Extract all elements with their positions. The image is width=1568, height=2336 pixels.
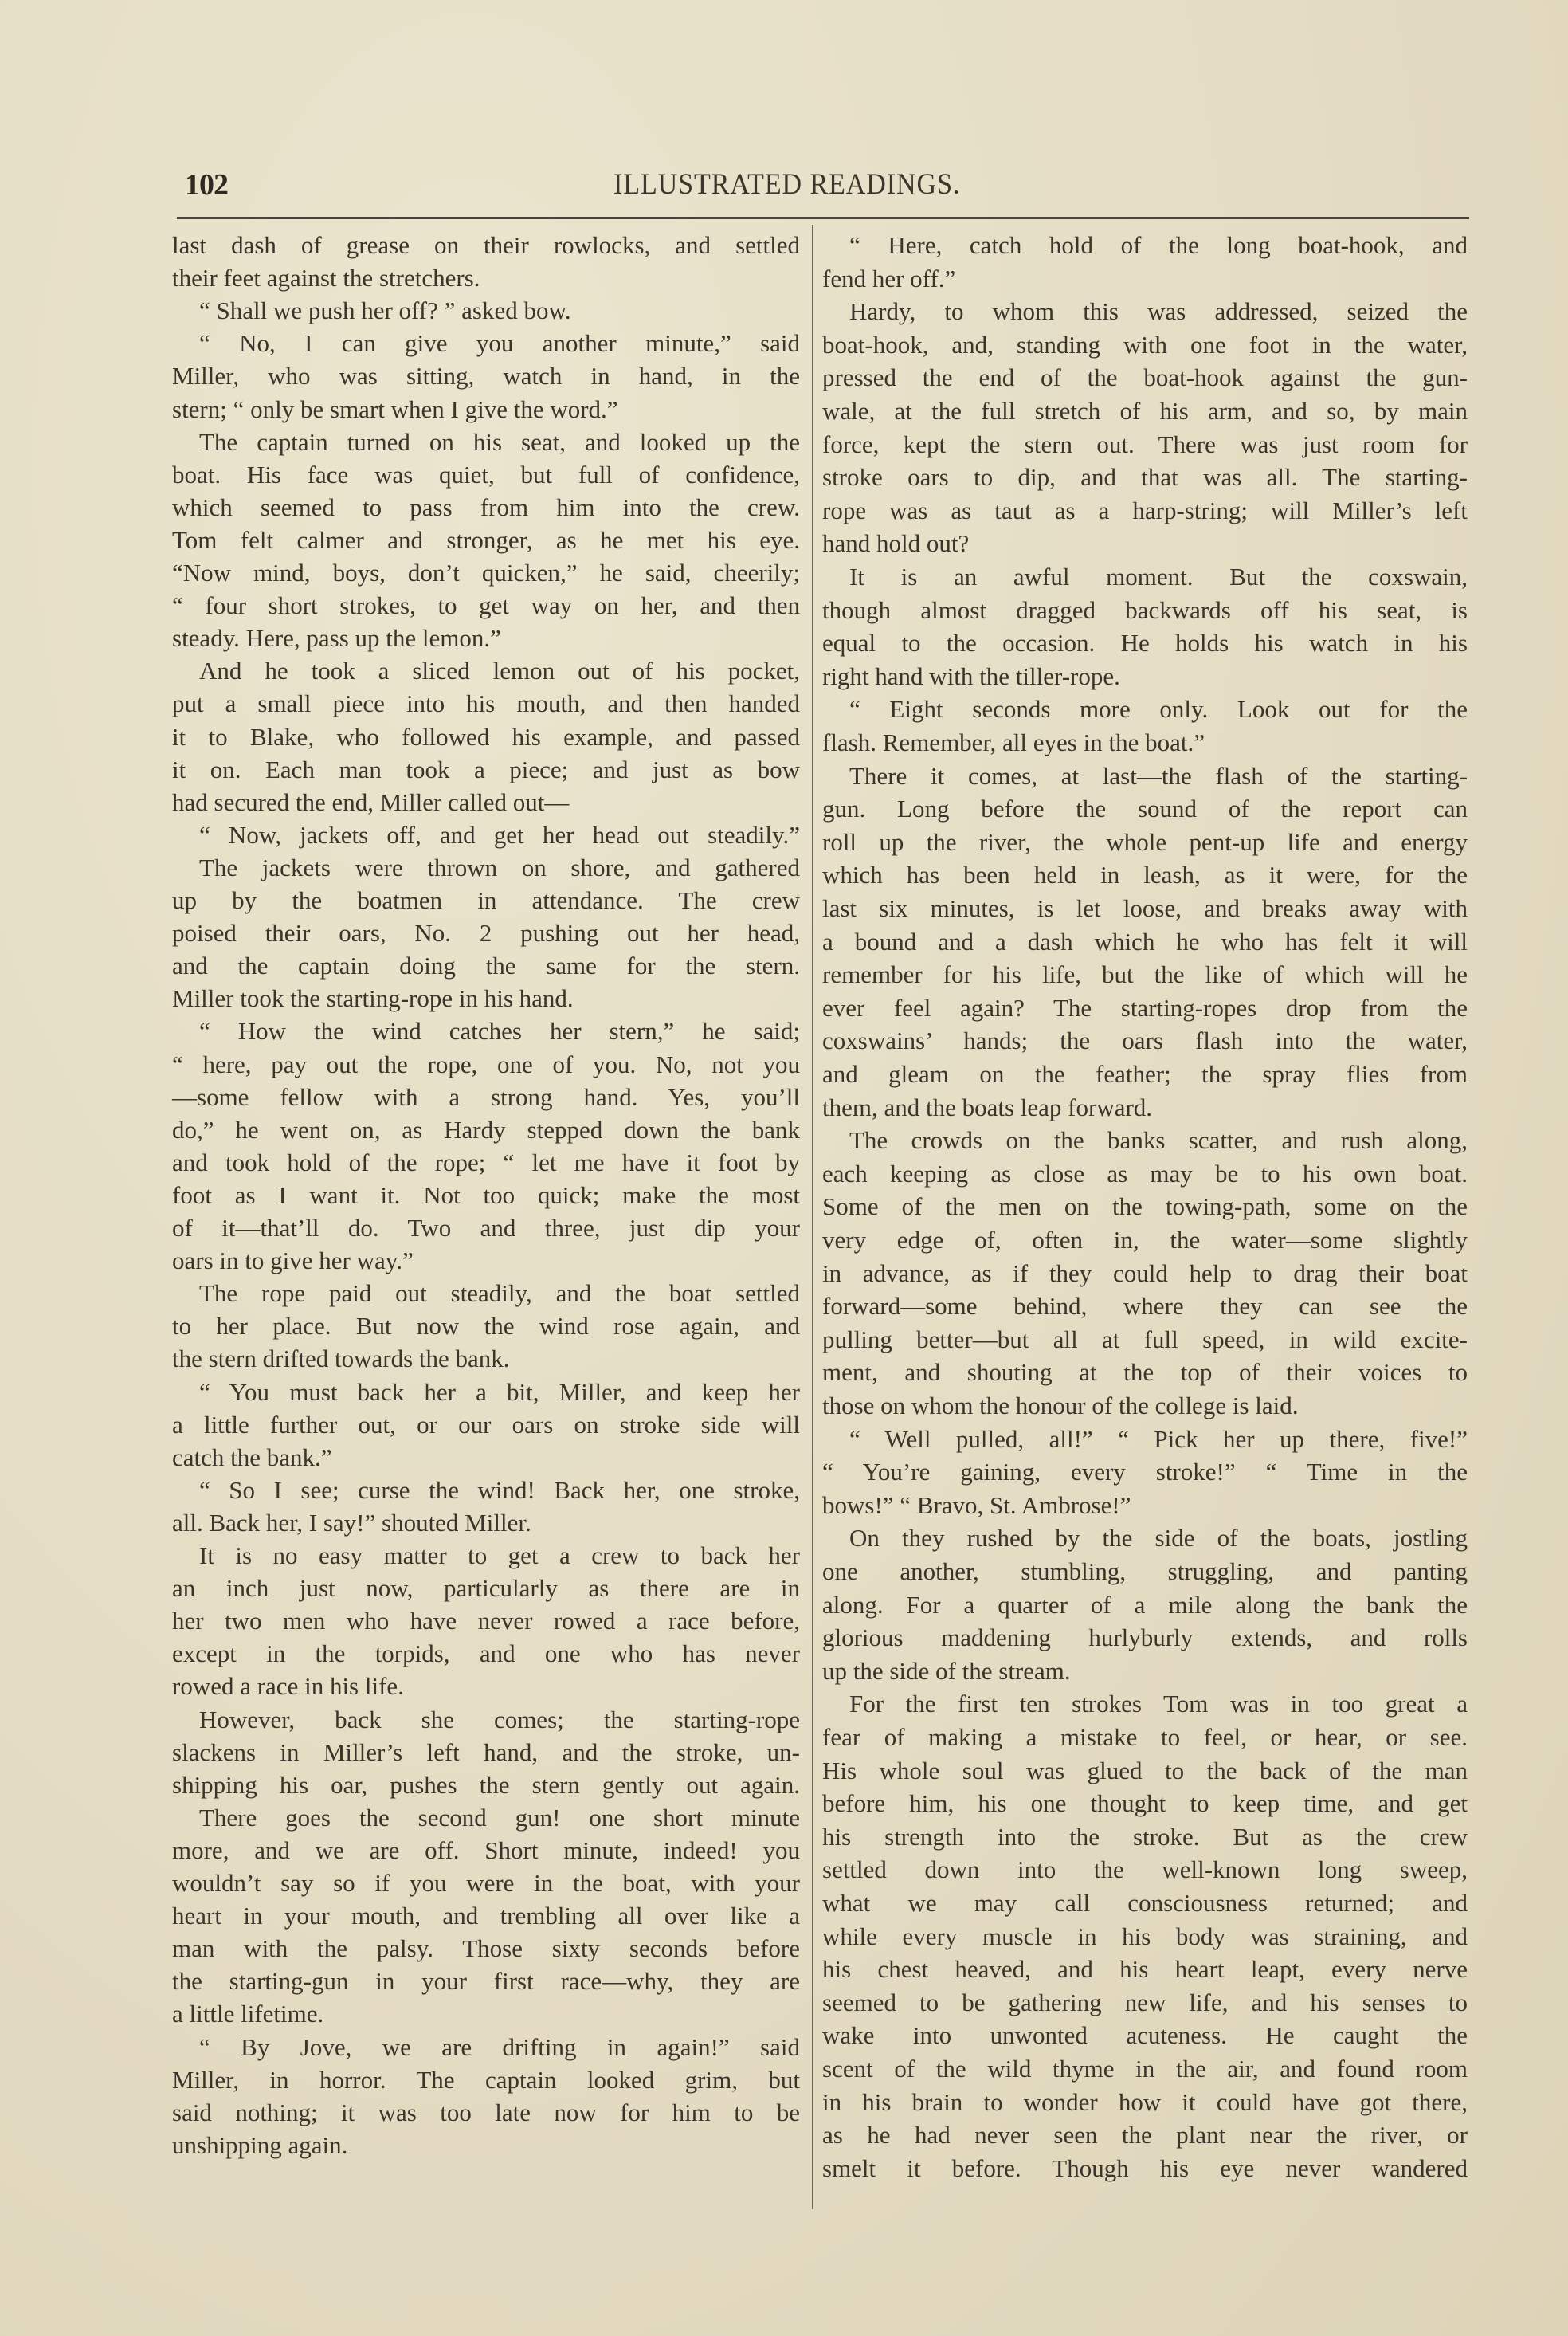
text-line: pressed the end of the boat-hook against… bbox=[822, 363, 1468, 393]
text-line: For the first ten strokes Tom was in too… bbox=[822, 1689, 1468, 1719]
text-line: boat-hook, and, standing with one foot i… bbox=[822, 330, 1468, 360]
text-line: very edge of, often in, the water—some s… bbox=[822, 1225, 1468, 1255]
text-line: The rope paid out steadily, and the boat… bbox=[172, 1278, 800, 1309]
text-line: which has been held in leash, as it were… bbox=[822, 860, 1468, 890]
text-line: The crowds on the banks scatter, and rus… bbox=[822, 1125, 1468, 1156]
text-line: bows!” “ Bravo, St. Ambrose!” bbox=[822, 1490, 1468, 1521]
text-line: them, and the boats leap forward. bbox=[822, 1093, 1468, 1123]
text-line: all. Back her, I say!” shouted Miller. bbox=[172, 1508, 800, 1538]
text-line: last dash of grease on their rowlocks, a… bbox=[172, 230, 800, 261]
text-line: hand hold out? bbox=[822, 528, 1468, 559]
text-line: equal to the occasion. He holds his watc… bbox=[822, 628, 1468, 658]
text-line: of it—that’ll do. Two and three, just di… bbox=[172, 1213, 800, 1243]
text-line: roll up the river, the whole pent-up lif… bbox=[822, 827, 1468, 858]
text-line: an inch just now, particularly as there … bbox=[172, 1573, 800, 1604]
text-line: in his brain to wonder how it could have… bbox=[822, 2087, 1468, 2118]
text-line: Tom felt calmer and stronger, as he met … bbox=[172, 525, 800, 556]
text-line: “ You must back her a bit, Miller, and k… bbox=[172, 1377, 800, 1407]
text-line: man with the palsy. Those sixty seconds … bbox=[172, 1934, 800, 1964]
text-line: It is an awful moment. But the coxswain, bbox=[822, 562, 1468, 592]
text-line: last six minutes, is let loose, and brea… bbox=[822, 893, 1468, 924]
text-line: wake into unwonted acuteness. He caught … bbox=[822, 2020, 1468, 2051]
text-line: a little further out, or our oars on str… bbox=[172, 1410, 800, 1440]
text-line: their feet against the stretchers. bbox=[172, 263, 800, 293]
running-title: ILLUSTRATED READINGS. bbox=[613, 167, 960, 202]
text-line: to her place. But now the wind rose agai… bbox=[172, 1311, 800, 1341]
text-line: those on whom the honour of the college … bbox=[822, 1391, 1468, 1421]
text-line: There it comes, at last—the flash of the… bbox=[822, 761, 1468, 791]
text-line: rowed a race in his life. bbox=[172, 1671, 800, 1702]
text-line: rope was as taut as a harp-string; will … bbox=[822, 496, 1468, 526]
text-line: smelt it before. Though his eye never wa… bbox=[822, 2153, 1468, 2184]
text-line: what we may call consciousness returned;… bbox=[822, 1888, 1468, 1918]
text-line: a bound and a dash which he who has felt… bbox=[822, 927, 1468, 957]
text-line: which seemed to pass from him into the c… bbox=[172, 493, 800, 523]
text-line: as he had never seen the plant near the … bbox=[822, 2120, 1468, 2150]
text-line: wouldn’t say so if you were in the boat,… bbox=[172, 1868, 800, 1898]
text-line: “ Here, catch hold of the long boat-hook… bbox=[822, 230, 1468, 261]
text-line: steady. Here, pass up the lemon.” bbox=[172, 623, 800, 654]
text-line: ment, and shouting at the top of their v… bbox=[822, 1357, 1468, 1388]
text-line: “ Shall we push her off? ” asked bow. bbox=[172, 296, 800, 326]
text-line: do,” he went on, as Hardy stepped down t… bbox=[172, 1115, 800, 1145]
book-page: 102 ILLUSTRATED READINGS. last dash of g… bbox=[0, 0, 1568, 2336]
text-line: remember for his life, but the like of w… bbox=[822, 960, 1468, 990]
text-line: force, kept the stern out. There was jus… bbox=[822, 430, 1468, 460]
text-line: though almost dragged backwards off his … bbox=[822, 595, 1468, 626]
text-line: On they rushed by the side of the boats,… bbox=[822, 1523, 1468, 1553]
text-line: except in the torpids, and one who has n… bbox=[172, 1639, 800, 1669]
text-line: oars in to give her way.” bbox=[172, 1246, 800, 1276]
text-line: unshipping again. bbox=[172, 2130, 800, 2161]
text-line: “ How the wind catches her stern,” he sa… bbox=[172, 1016, 800, 1046]
text-line: “ Well pulled, all!” “ Pick her up there… bbox=[822, 1424, 1468, 1455]
column-divider bbox=[812, 225, 813, 2209]
text-line: The captain turned on his seat, and look… bbox=[172, 427, 800, 457]
text-line: stroke oars to dip, and that was all. Th… bbox=[822, 462, 1468, 493]
text-line: each keeping as close as may be to his o… bbox=[822, 1159, 1468, 1189]
text-line: and gleam on the feather; the spray flie… bbox=[822, 1059, 1468, 1089]
text-line: had secured the end, Miller called out— bbox=[172, 787, 800, 818]
text-line: forward—some behind, where they can see … bbox=[822, 1291, 1468, 1321]
text-line: And he took a sliced lemon out of his po… bbox=[172, 656, 800, 686]
text-line: poised their oars, No. 2 pushing out her… bbox=[172, 918, 800, 948]
text-line: scent of the wild thyme in the air, and … bbox=[822, 2054, 1468, 2084]
text-line: It is no easy matter to get a crew to ba… bbox=[172, 1541, 800, 1571]
text-line: coxswains’ hands; the oars flash into th… bbox=[822, 1026, 1468, 1056]
text-line: one another, stumbling, struggling, and … bbox=[822, 1557, 1468, 1587]
text-line: “ here, pay out the rope, one of you. No… bbox=[172, 1050, 800, 1080]
text-line: catch the bank.” bbox=[172, 1443, 800, 1473]
text-line: a little lifetime. bbox=[172, 1999, 800, 2029]
text-line: Miller, who was sitting, watch in hand, … bbox=[172, 361, 800, 391]
text-line: “ So I see; curse the wind! Back her, on… bbox=[172, 1475, 800, 1506]
text-line: right hand with the tiller-rope. bbox=[822, 662, 1468, 692]
text-line: gun. Long before the sound of the report… bbox=[822, 794, 1468, 824]
text-line: up by the boatmen in attendance. The cre… bbox=[172, 885, 800, 916]
text-line: ever feel again? The starting-ropes drop… bbox=[822, 993, 1468, 1023]
text-line: The jackets were thrown on shore, and ga… bbox=[172, 853, 800, 883]
text-line: glorious maddening hurlyburly extends, a… bbox=[822, 1623, 1468, 1653]
text-line: flash. Remember, all eyes in the boat.” bbox=[822, 728, 1468, 758]
text-line: “ four short strokes, to get way on her,… bbox=[172, 591, 800, 621]
text-line: fear of making a mistake to feel, or hea… bbox=[822, 1722, 1468, 1753]
text-line: Hardy, to whom this was addressed, seize… bbox=[822, 296, 1468, 327]
text-line: the stern drifted towards the bank. bbox=[172, 1344, 800, 1374]
text-line: along. For a quarter of a mile along the… bbox=[822, 1590, 1468, 1620]
text-line: foot as I want it. Not too quick; make t… bbox=[172, 1180, 800, 1211]
text-line: Miller took the starting-rope in his han… bbox=[172, 983, 800, 1014]
text-line: the starting-gun in your first race—why,… bbox=[172, 1966, 800, 1996]
text-line: “ Now, jackets off, and get her head out… bbox=[172, 820, 800, 850]
text-line: His whole soul was glued to the back of … bbox=[822, 1756, 1468, 1786]
text-line: her two men who have never rowed a race … bbox=[172, 1606, 800, 1636]
text-line: more, and we are off. Short minute, inde… bbox=[172, 1835, 800, 1866]
text-line: pulling better—but all at full speed, in… bbox=[822, 1325, 1468, 1355]
header-rule bbox=[177, 217, 1469, 219]
text-line: seemed to be gathering new life, and his… bbox=[822, 1988, 1468, 2018]
text-line: settled down into the well-known long sw… bbox=[822, 1855, 1468, 1885]
text-line: “ By Jove, we are drifting in again!” sa… bbox=[172, 2032, 800, 2063]
text-line: and took hold of the rope; “ let me have… bbox=[172, 1148, 800, 1178]
text-line: fend her off.” bbox=[822, 264, 1468, 294]
text-line: “Now mind, boys, don’t quicken,” he said… bbox=[172, 558, 800, 588]
text-line: his strength into the stroke. But as the… bbox=[822, 1822, 1468, 1852]
text-line: it on. Each man took a piece; and just a… bbox=[172, 755, 800, 785]
text-line: heart in your mouth, and trembling all o… bbox=[172, 1901, 800, 1931]
text-line: “ Eight seconds more only. Look out for … bbox=[822, 694, 1468, 724]
text-line: Miller, in horror. The captain looked gr… bbox=[172, 2065, 800, 2095]
text-line: stern; “ only be smart when I give the w… bbox=[172, 395, 800, 425]
text-line: “ No, I can give you another minute,” sa… bbox=[172, 328, 800, 359]
page-number: 102 bbox=[185, 167, 228, 202]
text-line: up the side of the stream. bbox=[822, 1656, 1468, 1686]
text-line: wale, at the full stretch of his arm, an… bbox=[822, 396, 1468, 426]
text-line: However, back she comes; the starting-ro… bbox=[172, 1705, 800, 1735]
text-line: and the captain doing the same for the s… bbox=[172, 951, 800, 981]
text-line: it to Blake, who followed his example, a… bbox=[172, 722, 800, 752]
text-line: put a small piece into his mouth, and th… bbox=[172, 689, 800, 719]
text-line: There goes the second gun! one short min… bbox=[172, 1803, 800, 1833]
text-line: slackens in Miller’s left hand, and the … bbox=[172, 1737, 800, 1768]
text-line: Some of the men on the towing-path, some… bbox=[822, 1192, 1468, 1222]
text-line: said nothing; it was too late now for hi… bbox=[172, 2098, 800, 2128]
text-line: in advance, as if they could help to dra… bbox=[822, 1258, 1468, 1289]
text-line: shipping his oar, pushes the stern gentl… bbox=[172, 1770, 800, 1800]
text-line: while every muscle in his body was strai… bbox=[822, 1922, 1468, 1952]
text-line: “ You’re gaining, every stroke!” “ Time … bbox=[822, 1457, 1468, 1487]
text-line: before him, his one thought to keep time… bbox=[822, 1788, 1468, 1819]
text-line: —some fellow with a strong hand. Yes, yo… bbox=[172, 1082, 800, 1113]
text-line: boat. His face was quiet, but full of co… bbox=[172, 460, 800, 490]
text-line: his chest heaved, and his heart leapt, e… bbox=[822, 1954, 1468, 1985]
